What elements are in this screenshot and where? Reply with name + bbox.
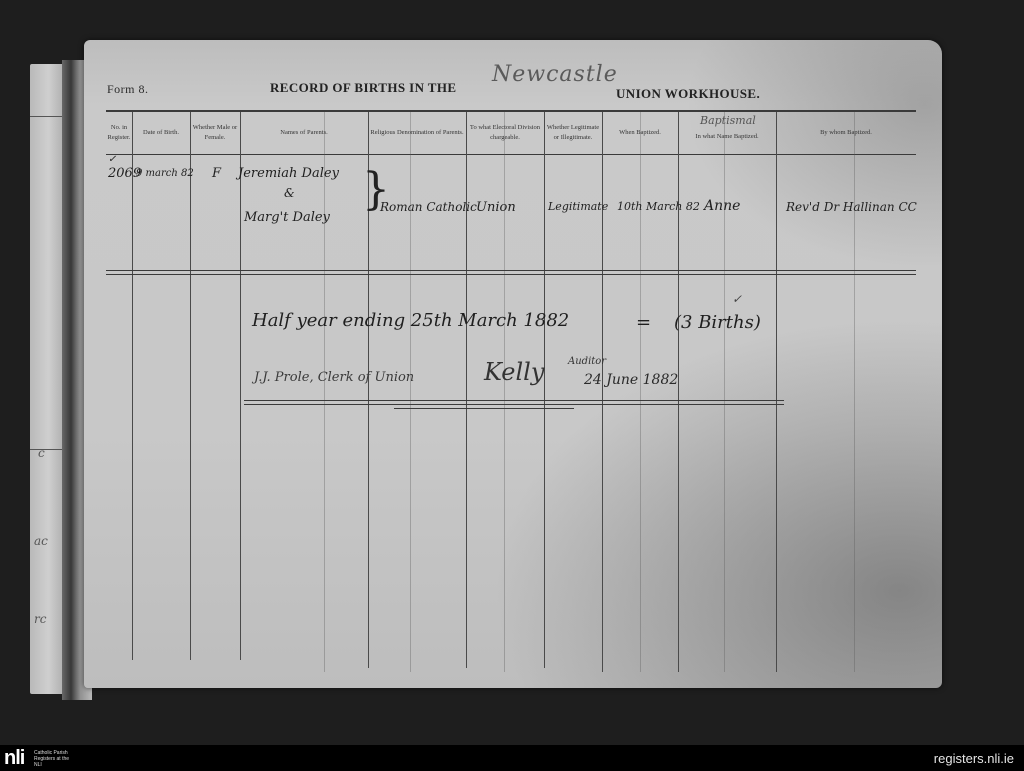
column-line (132, 112, 133, 660)
auditor-title: Auditor (568, 356, 606, 367)
col-header-when-baptized: When Baptized. (602, 112, 678, 154)
religion: Roman Catholic (380, 200, 477, 214)
col-header-sex: Whether Male or Female. (190, 112, 240, 154)
father-name: Jeremiah Daley (238, 166, 339, 181)
title-suffix: UNION WORKHOUSE. (616, 86, 760, 102)
form-label: Form 8. (107, 82, 149, 97)
births-count: (3 Births) (674, 312, 761, 333)
baptismal-annotation: Baptismal (700, 114, 756, 127)
margin-mark: c (38, 446, 45, 460)
col-header-register-no: No. in Register. (106, 112, 132, 154)
col-header-division: To what Electoral Division chargeable. (466, 112, 544, 154)
place-name: Newcastle (492, 62, 618, 87)
faint-rule (504, 112, 505, 672)
image-viewer: c ac rc Form 8. RECORD OF BIRTHS IN THE … (0, 0, 1024, 745)
when-baptized: 10th March 82 (617, 200, 700, 213)
mother-name: Marg't Daley (244, 210, 330, 225)
register-page: Form 8. RECORD OF BIRTHS IN THE Newcastl… (84, 40, 942, 688)
faint-rule (410, 112, 411, 672)
column-line (190, 112, 191, 660)
faint-rule (324, 112, 325, 672)
site-link[interactable]: registers.nli.ie (934, 751, 1014, 766)
faint-rule (724, 112, 725, 672)
header-bottom-rule (106, 154, 916, 155)
column-line (602, 112, 603, 672)
faint-rule (640, 112, 641, 672)
audit-date: 24 June 1882 (584, 372, 678, 388)
entry-rule (106, 270, 916, 271)
signature-rule (244, 404, 784, 405)
legitimacy: Legitimate (548, 200, 608, 213)
nli-logo[interactable]: nli (4, 748, 24, 768)
half-year-summary: Half year ending 25th March 1882 (252, 310, 569, 331)
column-line (544, 112, 545, 668)
summary-tick: ✓ (732, 292, 742, 306)
entry-rule (106, 274, 916, 275)
margin-mark: ac (34, 534, 48, 548)
col-header-legitimacy: Whether Legitimate or Illegitimate. (544, 112, 602, 154)
col-header-baptized-by: By whom Baptized. (776, 112, 916, 154)
logo-caption: Catholic Parish Registers at the NLI (34, 750, 74, 768)
sex: F (212, 166, 221, 181)
column-line (466, 112, 467, 668)
col-header-religion: Religious Denomination of Parents. (368, 112, 466, 154)
baptized-by: Rev'd Dr Hallinan CC (786, 200, 917, 214)
col-header-parents: Names of Parents. (240, 112, 368, 154)
conjunction: & (284, 186, 295, 200)
title-prefix: RECORD OF BIRTHS IN THE (270, 80, 456, 96)
col-header-date-of-birth: Date of Birth. (132, 112, 190, 154)
date-of-birth: 9 march 82 (136, 168, 194, 179)
signature-rule (394, 408, 574, 409)
clerk-signature: J.J. Prole, Clerk of Union (254, 370, 414, 385)
margin-mark: rc (34, 612, 46, 626)
column-line (678, 112, 679, 672)
auditor-signature: Kelly (484, 358, 544, 386)
baptismal-name: Anne (704, 198, 740, 214)
footer-bar: nli Catholic Parish Registers at the NLI… (0, 745, 1024, 771)
electoral-division: Union (476, 200, 516, 215)
equals-sign: = (636, 312, 651, 333)
faint-rule (854, 112, 855, 672)
tick-mark: ✓ (108, 154, 116, 165)
signature-rule (244, 400, 784, 401)
column-line (240, 112, 241, 660)
column-line (776, 112, 777, 672)
